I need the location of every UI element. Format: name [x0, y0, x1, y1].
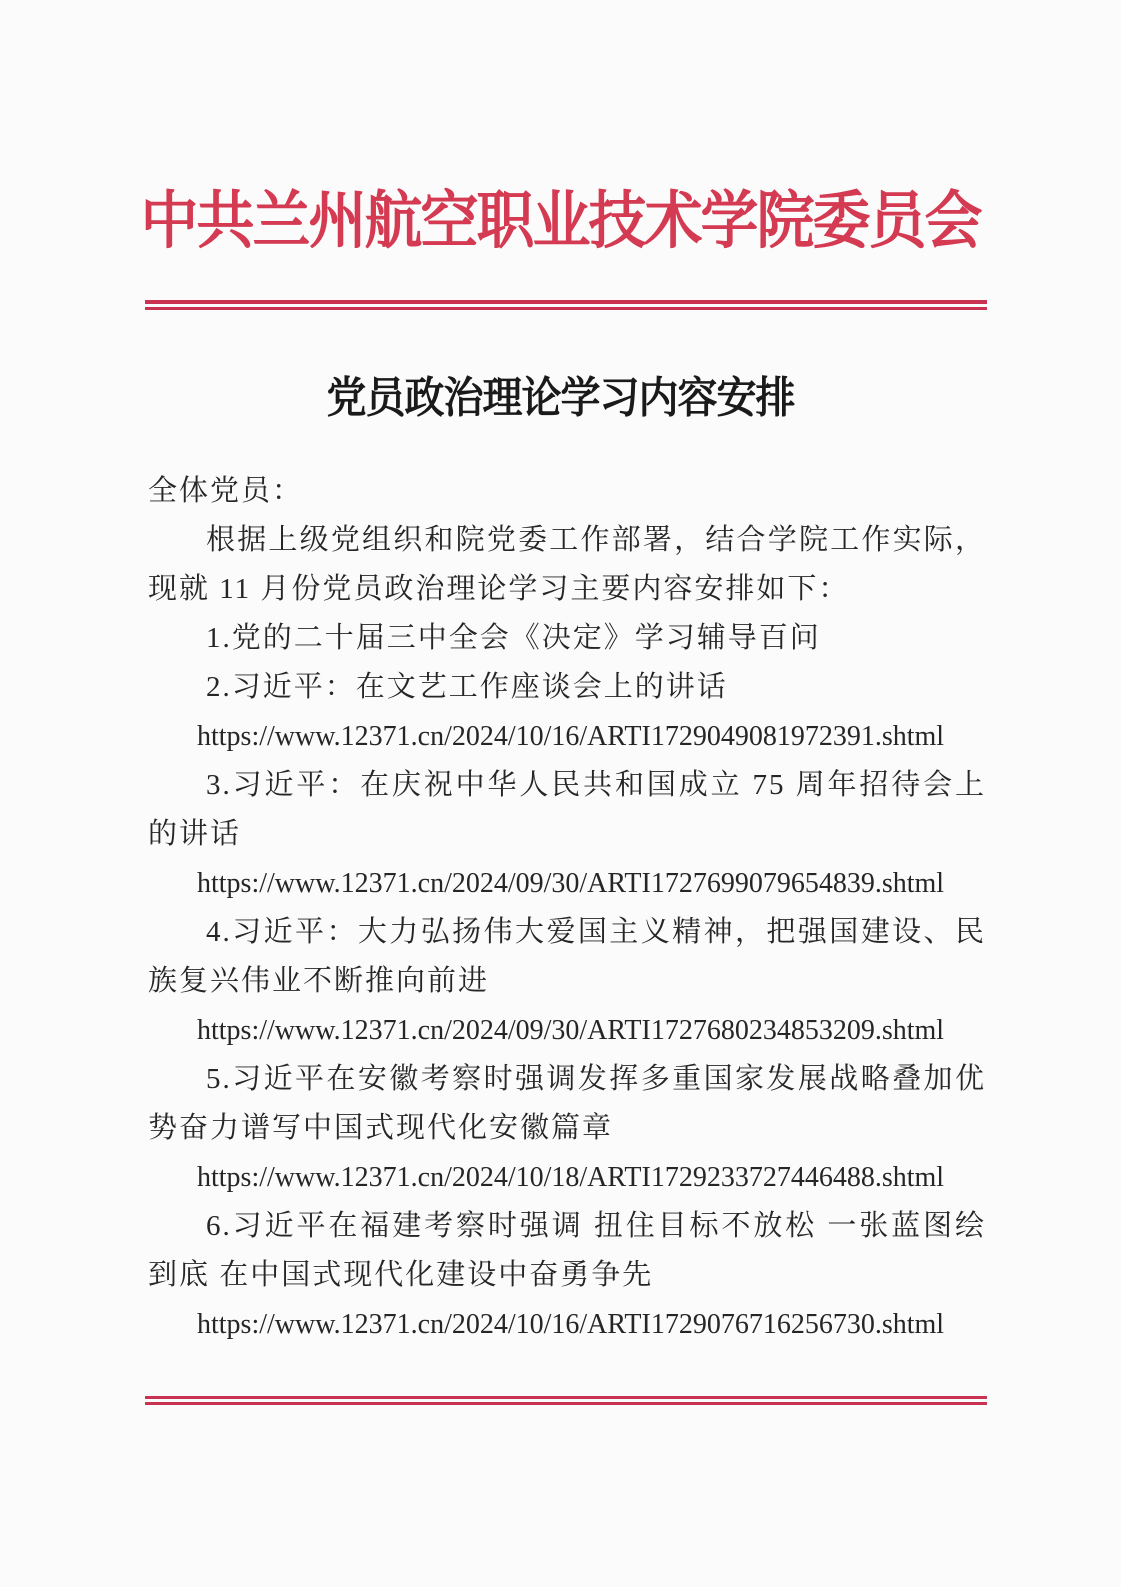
study-item-6: 6.习近平在福建考察时强调 扭住目标不放松 一张蓝图绘到底 在中国式现代化建设中… — [148, 1202, 986, 1300]
study-item-1: 1.党的二十届三中全会《决定》学习辅导百问 — [148, 614, 986, 663]
study-item-6-url: https://www.12371.cn/2024/10/16/ARTI1729… — [148, 1300, 986, 1349]
study-item-3-url: https://www.12371.cn/2024/09/30/ARTI1727… — [148, 859, 986, 908]
letterhead-title: 中共兰州航空职业技术学院委员会 — [0, 186, 1121, 258]
study-item-2-url: https://www.12371.cn/2024/10/16/ARTI1729… — [148, 712, 986, 761]
intro-paragraph: 根据上级党组织和院党委工作部署，结合学院工作实际，现就 11 月份党员政治理论学… — [148, 516, 986, 614]
document-body: 全体党员： 根据上级党组织和院党委工作部署，结合学院工作实际，现就 11 月份党… — [148, 467, 986, 1349]
salutation: 全体党员： — [148, 467, 986, 516]
document-title: 党员政治理论学习内容安排 — [0, 364, 1121, 426]
header-double-rule — [145, 300, 987, 310]
study-item-4-url: https://www.12371.cn/2024/09/30/ARTI1727… — [148, 1006, 986, 1055]
header-rule-bottom-line — [145, 307, 987, 310]
header-rule-top-line — [145, 300, 987, 304]
study-item-5-url: https://www.12371.cn/2024/10/18/ARTI1729… — [148, 1153, 986, 1202]
study-item-3: 3.习近平：在庆祝中华人民共和国成立 75 周年招待会上的讲话 — [148, 761, 986, 859]
footer-rule-bottom-line — [145, 1402, 987, 1405]
study-item-2: 2.习近平：在文艺工作座谈会上的讲话 — [148, 663, 986, 712]
study-item-4: 4.习近平：大力弘扬伟大爱国主义精神，把强国建设、民族复兴伟业不断推向前进 — [148, 908, 986, 1006]
footer-rule-top-line — [145, 1396, 987, 1399]
footer-double-rule — [145, 1396, 987, 1405]
document-page: 中共兰州航空职业技术学院委员会 党员政治理论学习内容安排 全体党员： 根据上级党… — [0, 0, 1121, 1587]
study-item-5: 5.习近平在安徽考察时强调发挥多重国家发展战略叠加优势奋力谱写中国式现代化安徽篇… — [148, 1055, 986, 1153]
